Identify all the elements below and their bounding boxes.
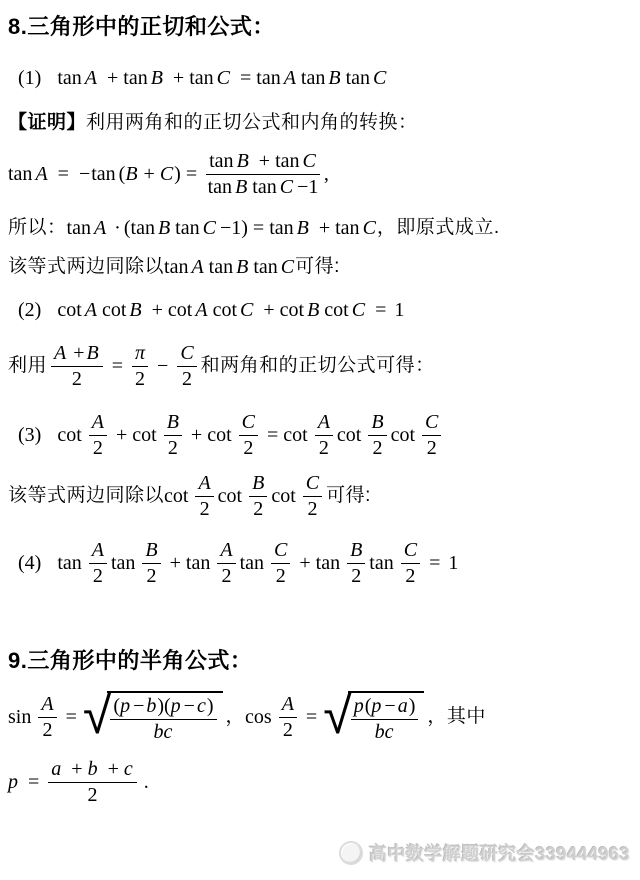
text-token: 即原式成立. — [396, 215, 499, 241]
math-token: A — [85, 297, 97, 324]
math-token: a — [398, 695, 408, 717]
fraction-denominator: 2 — [88, 783, 98, 807]
fraction-numerator: B — [249, 472, 267, 497]
math-token: B — [235, 176, 247, 198]
fraction-denominator: 2 — [405, 564, 415, 588]
fraction-numerator: A — [315, 411, 333, 436]
semi-perimeter-definition: p = a+b+c 2 . — [8, 758, 632, 807]
math-token: − — [157, 353, 168, 380]
math-token: B — [328, 65, 340, 92]
math-token: tan — [369, 550, 393, 577]
math-token: = — [429, 550, 440, 577]
fraction-numerator: A — [217, 539, 235, 564]
fraction-denominator: 2 — [243, 436, 253, 460]
fraction-numerator: B — [347, 539, 365, 564]
math-token: C — [352, 297, 365, 324]
fraction-numerator: C — [177, 342, 196, 367]
math-token: 1 — [394, 297, 404, 324]
fraction: (p−b)(p−c) bc — [110, 695, 216, 744]
watermark-logo-icon — [339, 841, 363, 865]
math-token: tan — [91, 161, 115, 188]
math-token: − — [184, 695, 195, 717]
fraction: a+b+c 2 — [48, 758, 136, 807]
fraction: A+B 2 — [51, 342, 103, 391]
math-token: tan — [8, 161, 32, 188]
math-token: A — [35, 161, 47, 188]
math-token: + — [152, 297, 163, 324]
fraction: π 2 — [132, 342, 148, 391]
fraction-denominator: 2 — [135, 367, 145, 391]
fraction: tanB+tanC tanBtanC−1 — [206, 150, 320, 199]
math-token: C — [373, 65, 386, 92]
math-token: = — [240, 65, 251, 92]
proof-header: 【证明】 利用两角和的正切公式和内角的转换： — [8, 110, 632, 136]
math-token: A — [191, 254, 203, 281]
fraction-denominator: 2 — [253, 497, 263, 521]
math-token: c — [197, 695, 206, 717]
math-token: · — [114, 215, 121, 242]
math-token: ) — [207, 695, 214, 717]
fraction-numerator: A — [89, 411, 107, 436]
math-token: + — [191, 422, 202, 449]
proof-text: 利用两角和的正切公式和内角的转换： — [86, 110, 418, 136]
half-angle-sin-cos-formulas: sin A2 = √ (p−b)(p−c) bc ， cos A2 = √ p(… — [8, 691, 632, 744]
math-token: B — [297, 215, 309, 242]
fraction-numerator: (p−b)(p−c) — [110, 695, 216, 720]
math-token: cot — [337, 422, 361, 449]
math-token: tan — [269, 215, 293, 242]
math-token: tan — [189, 65, 213, 92]
math-token: B — [129, 297, 141, 324]
fraction: A2 — [217, 539, 235, 588]
formula-1-tangent-sum: (1) tanA+tanB+tanC=tanAtanBtanC — [8, 65, 632, 92]
math-token: B — [125, 161, 137, 188]
sqrt-expression: √ p(p−a) bc — [323, 691, 424, 744]
fraction-denominator: bc — [154, 720, 174, 744]
text-token: 可得: — [326, 483, 371, 509]
math-token: B — [87, 342, 99, 364]
math-token: C — [303, 150, 316, 172]
math-token: tan — [164, 254, 188, 281]
fraction: C2 — [422, 411, 441, 460]
fraction-numerator: tanB+tanC — [206, 150, 320, 175]
fraction-numerator: B — [142, 539, 160, 564]
watermark-text: 高中数学解题研究会339444963 — [369, 840, 630, 866]
fraction-denominator: 2 — [42, 718, 52, 742]
divide-statement-2: 该等式两边同除以 cot A2 cot B2 cot C2 可得: — [8, 472, 632, 521]
fraction-denominator: 2 — [427, 436, 437, 460]
math-token: cot — [164, 483, 188, 510]
formula-label: (1) — [18, 65, 41, 92]
math-token: bc — [375, 721, 394, 743]
fraction: C2 — [239, 411, 258, 460]
math-token: cot — [271, 483, 295, 510]
fraction-denominator: 2 — [93, 564, 103, 588]
fraction: B2 — [368, 411, 386, 460]
fraction: A2 — [89, 411, 107, 460]
math-token: = — [112, 353, 123, 380]
math-token: B — [158, 215, 170, 242]
formula-label: (2) — [18, 297, 41, 324]
math-token: + — [73, 342, 84, 364]
math-token: C — [160, 161, 173, 188]
fraction: C2 — [401, 539, 420, 588]
math-token: tan — [240, 550, 264, 577]
fraction-denominator: 2 — [168, 436, 178, 460]
fraction-numerator: C — [422, 411, 441, 436]
math-token: c — [124, 758, 133, 780]
math-token: tan — [57, 550, 81, 577]
fraction-denominator: 2 — [72, 367, 82, 391]
math-token: + — [170, 550, 181, 577]
math-token: = — [66, 704, 77, 731]
formula-3-cot-half-angles: (3) cot A2 + cot B2 + cot C2 = cot A2 co… — [8, 411, 632, 460]
text-token: 和两角和的正切公式可得： — [201, 353, 435, 379]
math-token: b — [88, 758, 98, 780]
math-token: tan — [208, 176, 232, 198]
fraction-denominator: 2 — [221, 564, 231, 588]
math-token: p — [120, 695, 130, 717]
math-token: = — [186, 161, 197, 188]
math-token: B — [237, 150, 249, 172]
math-token: tan — [253, 254, 277, 281]
math-token: p — [354, 695, 364, 717]
section-heading-8: 8.三角形中的正切和公式： — [8, 10, 632, 41]
math-token: − — [133, 695, 144, 717]
math-token: , — [324, 161, 329, 188]
math-token: − — [384, 695, 395, 717]
math-token: + — [173, 65, 184, 92]
formula-label: (3) — [18, 422, 41, 449]
math-token: A — [284, 65, 296, 92]
math-token: A — [85, 65, 97, 92]
math-token: + — [319, 215, 330, 242]
math-token: C — [281, 254, 294, 281]
fraction-denominator: 2 — [276, 564, 286, 588]
math-token: cot — [102, 297, 126, 324]
text-token: 利用 — [8, 353, 47, 379]
math-token: C — [363, 215, 376, 242]
formula-label: (4) — [18, 550, 41, 577]
radicand: (p−b)(p−c) bc — [107, 691, 222, 744]
divide-statement-1: 该等式两边同除以 tanAtanBtanC 可得: — [8, 254, 632, 281]
formula-conclusion: 所以： tanA·(tanBtanC−1)=tanB+tanC ， 即原式成立. — [8, 215, 632, 242]
text-token: ， — [226, 704, 246, 730]
math-token: B — [236, 254, 248, 281]
math-token: C — [280, 176, 293, 198]
math-token: tan — [123, 65, 147, 92]
math-token: p — [171, 695, 181, 717]
math-token: = — [267, 422, 278, 449]
fraction-denominator: tanBtanC−1 — [208, 175, 319, 199]
math-token: ) — [241, 215, 248, 242]
math-token: cot — [280, 297, 304, 324]
radical-icon: √ — [323, 690, 352, 742]
fraction-denominator: 2 — [351, 564, 361, 588]
proof-tag: 【证明】 — [8, 110, 86, 136]
fraction-numerator: B — [368, 411, 386, 436]
math-token: p — [371, 695, 381, 717]
fraction-denominator: 2 — [182, 367, 192, 391]
math-token: a — [51, 758, 61, 780]
math-token: −1 — [297, 176, 318, 198]
math-token: p — [8, 769, 18, 796]
math-token: C — [203, 215, 216, 242]
formula-proof-step: tanA=−tan(B+C)= tanB+tanC tanBtanC−1 , — [8, 150, 632, 199]
text-token: 可得: — [295, 254, 340, 280]
math-token: cot — [213, 297, 237, 324]
fraction: A2 — [89, 539, 107, 588]
fraction-denominator: 2 — [372, 436, 382, 460]
math-token: b — [146, 695, 156, 717]
watermark: 高中数学解题研究会339444963 — [339, 840, 630, 866]
fraction-denominator: 2 — [93, 436, 103, 460]
math-token: = — [253, 215, 264, 242]
math-token: = — [306, 704, 317, 731]
fraction-numerator: C — [271, 539, 290, 564]
math-token: tan — [209, 150, 233, 172]
text-token: 该等式两边同除以 — [8, 254, 164, 280]
fraction: C 2 — [177, 342, 196, 391]
document-page: 8.三角形中的正切和公式： (1) tanA+tanB+tanC=tanAtan… — [0, 0, 640, 807]
fraction-numerator: A — [89, 539, 107, 564]
fraction-denominator: 2 — [319, 436, 329, 460]
math-token: A — [195, 297, 207, 324]
fraction-numerator: C — [303, 472, 322, 497]
math-token: cot — [218, 483, 242, 510]
formula-4-tan-half-angles: (4) tan A2 tan B2 + tan A2 tan C2 + tan … — [8, 539, 632, 588]
math-token: + — [108, 758, 119, 780]
math-token: + — [107, 65, 118, 92]
math-token: tan — [175, 215, 199, 242]
math-token: tan — [131, 215, 155, 242]
fraction: C2 — [271, 539, 290, 588]
fraction-numerator: A — [279, 693, 297, 718]
math-token: cot — [324, 297, 348, 324]
fraction-numerator: p(p−a) — [351, 695, 419, 720]
math-token: B — [307, 297, 319, 324]
fraction-numerator: A — [195, 472, 213, 497]
math-token: C — [240, 297, 253, 324]
math-token: A — [54, 342, 66, 364]
text-token: 该等式两边同除以 — [8, 483, 164, 509]
math-token: cot — [391, 422, 415, 449]
fraction-numerator: A+B — [51, 342, 103, 367]
math-token: ) — [409, 695, 416, 717]
fraction: A2 — [38, 693, 56, 742]
math-token: cot — [283, 422, 307, 449]
sqrt-expression: √ (p−b)(p−c) bc — [83, 691, 223, 744]
math-token: ( — [119, 161, 126, 188]
math-token: tan — [275, 150, 299, 172]
fraction: A2 — [279, 693, 297, 742]
math-token: tan — [346, 65, 370, 92]
math-token: . — [144, 769, 149, 796]
math-token: tan — [252, 176, 276, 198]
fraction-denominator: 2 — [147, 564, 157, 588]
fraction-denominator: bc — [375, 720, 395, 744]
math-token: tan — [57, 65, 81, 92]
math-token: + — [144, 161, 155, 188]
math-token: + — [259, 150, 270, 172]
fraction: C2 — [303, 472, 322, 521]
section-heading-9: 9.三角形中的半角公式： — [8, 644, 632, 675]
math-token: cot — [57, 422, 81, 449]
fraction: p(p−a) bc — [351, 695, 419, 744]
math-token: = — [28, 769, 39, 796]
math-token: cot — [207, 422, 231, 449]
text-token: ， — [377, 215, 397, 241]
fraction-numerator: C — [239, 411, 258, 436]
math-token: tan — [209, 254, 233, 281]
math-token: cot — [132, 422, 156, 449]
text-token: 其中 — [447, 704, 486, 730]
fraction-numerator: C — [401, 539, 420, 564]
math-token: A — [94, 215, 106, 242]
formula-2-cotangent: (2) cotAcotB+cotAcotC+cotBcotC=1 — [8, 297, 632, 324]
math-token: B — [151, 65, 163, 92]
fraction-denominator: 2 — [200, 497, 210, 521]
math-token: cot — [57, 297, 81, 324]
math-token: tan — [301, 65, 325, 92]
math-token: tan — [111, 550, 135, 577]
fraction-denominator: 2 — [283, 718, 293, 742]
fraction: B2 — [249, 472, 267, 521]
math-token: + — [71, 758, 82, 780]
fraction-numerator: a+b+c — [48, 758, 136, 783]
fraction: B2 — [347, 539, 365, 588]
math-token: tan — [186, 550, 210, 577]
math-token: cos — [245, 704, 272, 731]
text-token: ， — [427, 704, 447, 730]
math-token: 1 — [448, 550, 458, 577]
math-token: −1 — [220, 215, 241, 242]
radical-icon: √ — [83, 690, 112, 742]
fraction: B2 — [164, 411, 182, 460]
math-token: − — [79, 161, 90, 188]
fraction-denominator: 2 — [307, 497, 317, 521]
math-token: tan — [316, 550, 340, 577]
math-token: tan — [335, 215, 359, 242]
math-token: cot — [168, 297, 192, 324]
math-token: )( — [157, 695, 170, 717]
fraction: A2 — [195, 472, 213, 521]
math-token: C — [217, 65, 230, 92]
text-token: 所以： — [8, 215, 67, 241]
math-token: ) — [174, 161, 181, 188]
math-token: + — [299, 550, 310, 577]
math-token: + — [263, 297, 274, 324]
math-token: bc — [154, 721, 173, 743]
math-token: = — [58, 161, 69, 188]
math-token: tan — [67, 215, 91, 242]
fraction-numerator: A — [38, 693, 56, 718]
half-angle-identity-statement: 利用 A+B 2 = π 2 − C 2 和两角和的正切公式可得： — [8, 342, 632, 391]
math-token: sin — [8, 704, 31, 731]
fraction: B2 — [142, 539, 160, 588]
fraction-numerator: π — [132, 342, 148, 367]
fraction: A2 — [315, 411, 333, 460]
math-token: + — [116, 422, 127, 449]
math-token: ( — [124, 215, 131, 242]
fraction-numerator: B — [164, 411, 182, 436]
radicand: p(p−a) bc — [348, 691, 425, 744]
math-token: = — [375, 297, 386, 324]
math-token: tan — [256, 65, 280, 92]
